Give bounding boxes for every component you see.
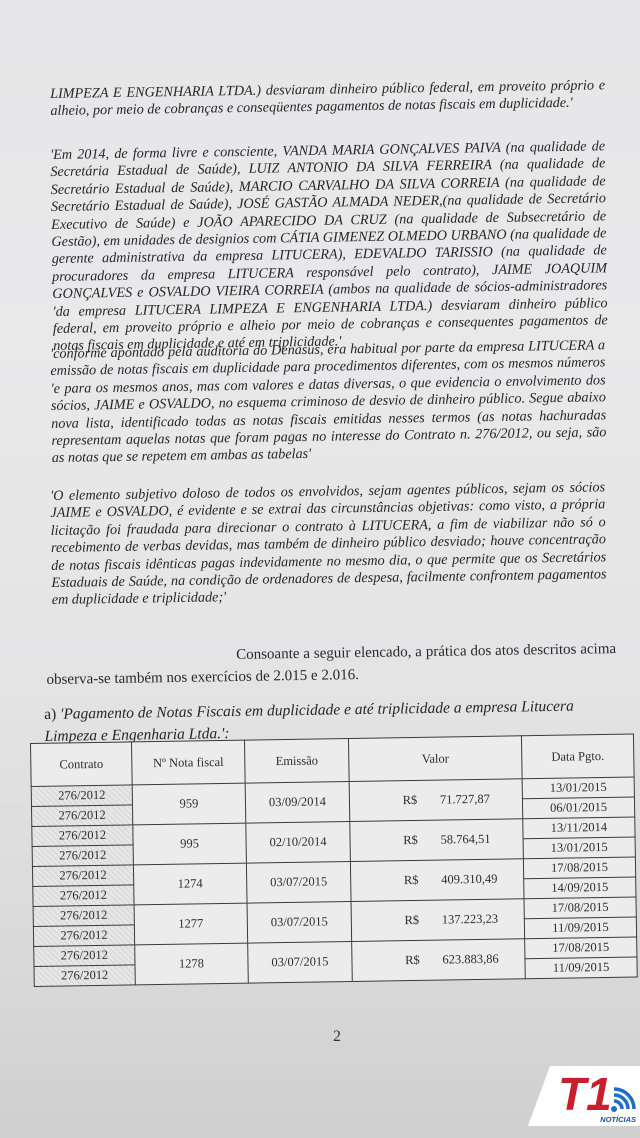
emissao-cell: 03/07/2015 [247,901,352,943]
nota-fiscal-cell: 1278 [135,943,249,985]
caption-prefix: a) [44,705,60,722]
valor-amount: 409.310,49 [441,872,497,888]
paragraph-4: 'O elemento subjetivo doloso de todos os… [50,479,607,610]
currency-label: R$ [380,793,440,809]
contrato-cell: 276/2012 [33,905,134,927]
header-data-pgto: Data Pgto. [521,734,634,779]
valor-amount: 71.727,87 [440,792,490,808]
valor-amount: 137.223,23 [442,912,498,928]
currency-label: R$ [380,833,440,849]
data-pgto-cell: 11/09/2015 [525,957,637,979]
nota-fiscal-cell: 1277 [134,903,248,945]
contrato-cell: 276/2012 [33,925,134,947]
valor-amount: 58.764,51 [440,832,490,848]
t1-logo-icon: T1 NOTÍCIAS [528,1066,640,1126]
valor-cell: R$58.764,51 [350,819,524,862]
svg-text:NOTÍCIAS: NOTÍCIAS [600,1115,636,1124]
paragraph-3: 'conforme apontado pela auditoria do Den… [50,337,607,468]
svg-text:T1: T1 [558,1068,612,1120]
body-text: Consoante a seguir elencado, a prática d… [46,638,617,691]
emissao-cell: 02/10/2014 [246,821,351,863]
emissao-cell: 03/07/2015 [248,941,353,983]
emissao-cell: 03/07/2015 [246,861,351,903]
contrato-cell: 276/2012 [34,965,135,987]
contrato-cell: 276/2012 [33,885,134,907]
paragraph-2: 'Em 2014, de forma livre e consciente, V… [50,138,608,356]
data-pgto-cell: 13/11/2014 [523,817,635,839]
data-pgto-cell: 06/01/2015 [522,797,634,819]
header-nota-fiscal: Nº Nota fiscal [131,740,245,785]
valor-cell: R$623.883,86 [352,939,526,982]
data-pgto-cell: 17/08/2015 [525,937,637,959]
header-contrato: Contrato [31,742,133,787]
page-number: 2 [333,1028,341,1046]
valor-cell: R$409.310,49 [350,859,524,902]
nota-fiscal-cell: 1274 [133,863,247,905]
currency-label: R$ [382,953,442,969]
contrato-cell: 276/2012 [32,825,133,847]
nota-fiscal-cell: 995 [133,823,247,865]
currency-label: R$ [381,873,441,889]
notas-fiscais-table: Contrato Nº Nota fiscal Emissão Valor Da… [30,734,638,987]
contrato-cell: 276/2012 [34,945,135,967]
contrato-cell: 276/2012 [32,845,133,867]
t1-noticias-logo: T1 NOTÍCIAS [528,1066,640,1126]
data-pgto-cell: 14/09/2015 [524,877,636,899]
document-page: LIMPEZA E ENGENHARIA LTDA.) desviaram di… [0,0,640,1138]
header-valor: Valor [348,736,522,782]
contrato-cell: 276/2012 [31,805,132,827]
valor-cell: R$71.727,87 [349,779,523,822]
valor-cell: R$137.223,23 [351,899,525,942]
emissao-cell: 03/09/2014 [245,781,350,823]
contrato-cell: 276/2012 [32,865,133,887]
valor-amount: 623.883,86 [442,952,498,968]
header-emissao: Emissão [244,738,349,783]
data-pgto-cell: 13/01/2015 [523,837,635,859]
data-pgto-cell: 17/08/2015 [523,857,635,879]
data-pgto-cell: 11/09/2015 [524,917,636,939]
data-pgto-cell: 17/08/2015 [524,897,636,919]
contrato-cell: 276/2012 [31,785,132,807]
data-pgto-cell: 13/01/2015 [522,777,634,799]
paragraph-1: LIMPEZA E ENGENHARIA LTDA.) desviaram di… [50,77,605,121]
currency-label: R$ [382,913,442,929]
nota-fiscal-cell: 959 [132,783,246,825]
